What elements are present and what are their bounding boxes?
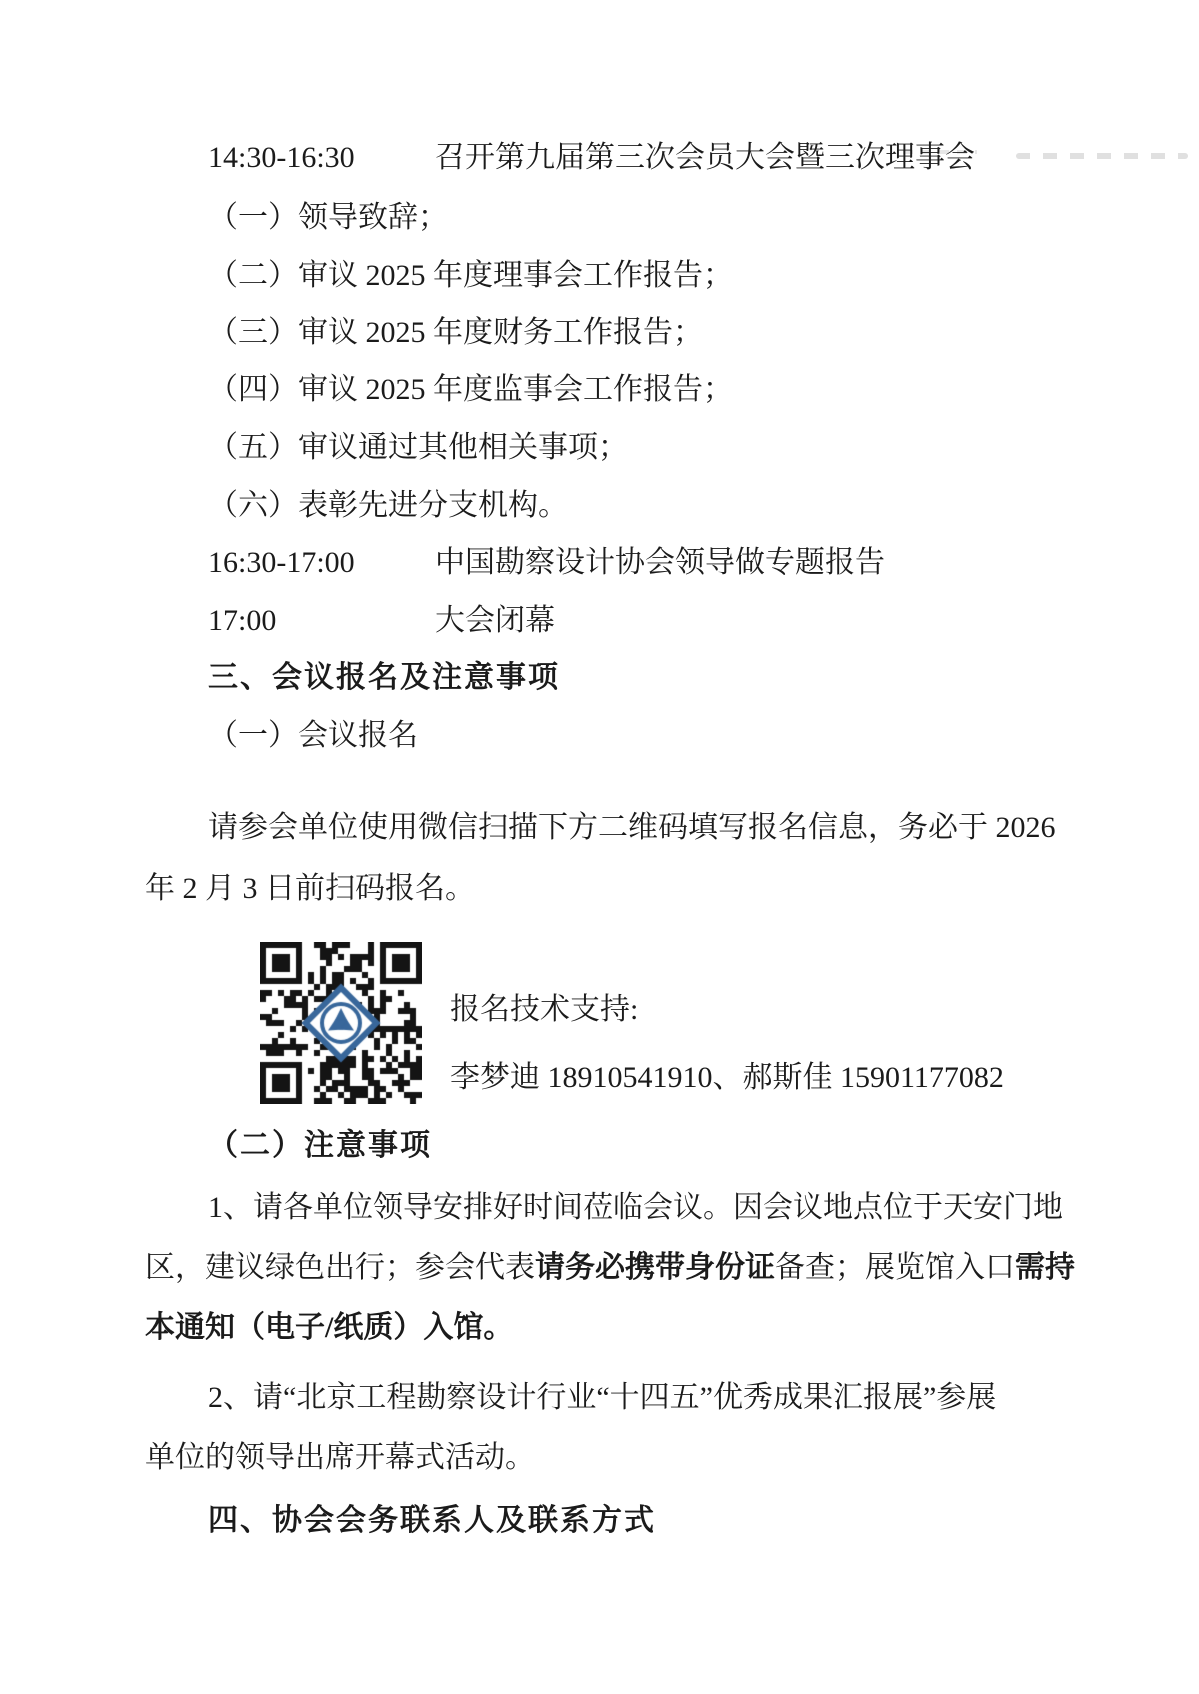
section3-heading: 三、会议报名及注意事项 — [208, 658, 560, 698]
note1-line: 区，建议绿色出行；参会代表请务必携带身份证备查；展览馆入口需持 — [145, 1248, 1075, 1288]
scan-artifact — [1016, 153, 1188, 159]
registration-paragraph-line: 请参会单位使用微信扫描下方二维码填写报名信息，务必于 2026 — [208, 808, 1056, 848]
schedule-row: 14:30-16:30 召开第九届第三次会员大会暨三次理事会 — [208, 138, 355, 178]
agenda-item: （六）表彰先进分支机构。 — [208, 486, 568, 526]
schedule-row: 16:30-17:00 中国勘察设计协会领导做专题报告 — [208, 543, 355, 583]
registration-paragraph-line: 年 2 月 3 日前扫码报名。 — [145, 869, 475, 909]
qr-support-label: 报名技术支持: — [450, 990, 638, 1030]
note1-line: 1、请各单位领导安排好时间莅临会议。因会议地点位于天安门地 — [208, 1188, 1063, 1228]
section4-heading: 四、协会会务联系人及联系方式 — [208, 1501, 656, 1541]
registration-qr-code — [260, 942, 422, 1104]
agenda-item: （一）领导致辞； — [208, 198, 448, 238]
agenda-item: （二）审议 2025 年度理事会工作报告； — [208, 256, 733, 296]
agenda-item: （五）审议通过其他相关事项； — [208, 428, 628, 468]
agenda-item: （四）审议 2025 年度监事会工作报告； — [208, 370, 733, 410]
registration-subheading: （一）会议报名 — [208, 716, 418, 756]
schedule-activity: 大会闭幕 — [435, 601, 555, 641]
note1-text: 区，建议绿色出行；参会代表 — [145, 1251, 535, 1284]
agenda-item: （三）审议 2025 年度财务工作报告； — [208, 313, 703, 353]
schedule-time: 16:30-17:00 — [208, 546, 355, 579]
schedule-time: 14:30-16:30 — [208, 141, 355, 174]
notes-subheading: （二）注意事项 — [208, 1126, 432, 1166]
note1-bold-text: 需持 — [1015, 1251, 1075, 1284]
qr-support-contacts: 李梦迪 18910541910、郝斯佳 15901177082 — [450, 1058, 1004, 1098]
note1-text: 备查；展览馆入口 — [775, 1251, 1015, 1284]
schedule-time: 17:00 — [208, 604, 276, 637]
schedule-activity: 召开第九届第三次会员大会暨三次理事会 — [435, 138, 975, 178]
schedule-row: 17:00 大会闭幕 — [208, 601, 276, 641]
note2-line: 单位的领导出席开幕式活动。 — [145, 1438, 535, 1478]
note2-line: 2、请“北京工程勘察设计行业“十四五”优秀成果汇报展”参展 — [208, 1378, 996, 1418]
scanned-notice-page: 14:30-16:30 召开第九届第三次会员大会暨三次理事会 （一）领导致辞； … — [0, 0, 1199, 1694]
note1-bold-text: 请务必携带身份证 — [535, 1251, 775, 1284]
note1-line-bold: 本通知（电子/纸质）入馆。 — [145, 1308, 513, 1348]
schedule-activity: 中国勘察设计协会领导做专题报告 — [435, 543, 885, 583]
